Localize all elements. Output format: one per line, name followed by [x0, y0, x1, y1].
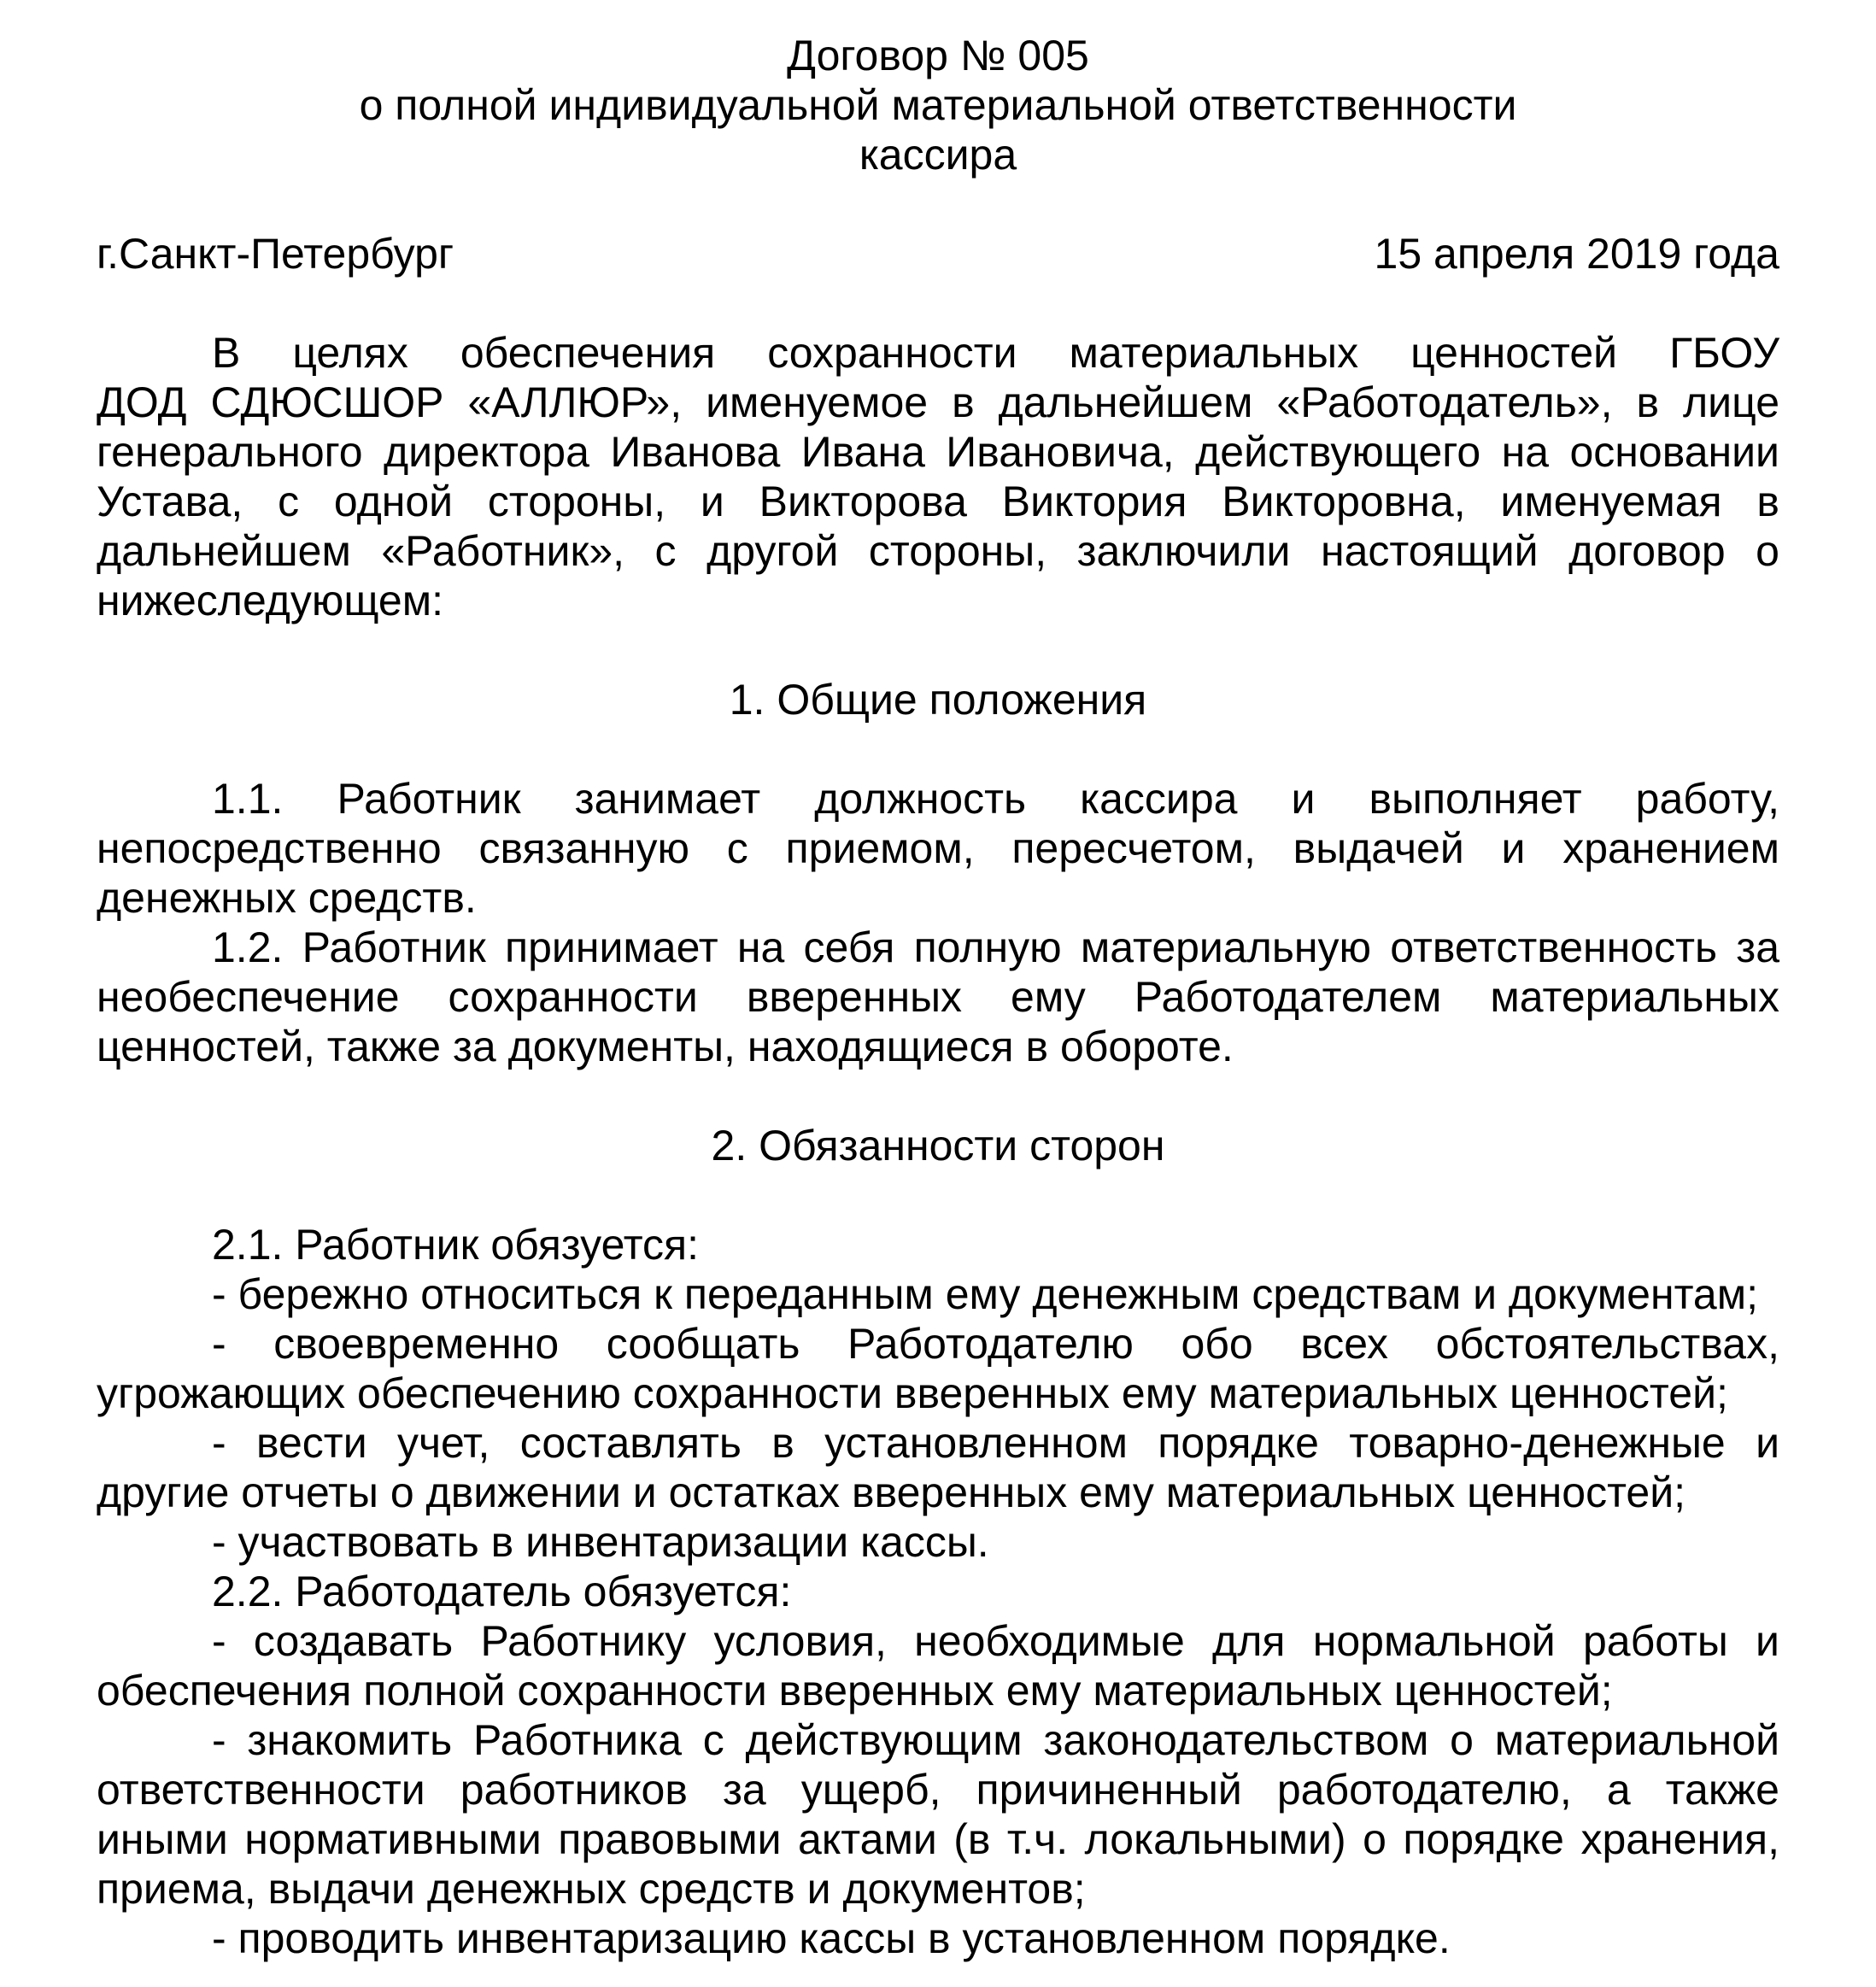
spacer [97, 179, 1779, 229]
preamble-line: Устава, с одной стороны, и Викторова Вик… [97, 477, 1779, 526]
clause-2-2-line: 2.2. Работодатель обязуется: [97, 1567, 1779, 1616]
clause-1-2-line: ценностей, также за документы, находящие… [97, 1022, 1779, 1071]
spacer [97, 1170, 1779, 1220]
clause-2-2-line: - создавать Работнику условия, необходим… [97, 1616, 1779, 1666]
preamble-line: В целях обеспечения сохранности материал… [97, 328, 1779, 378]
spacer [97, 724, 1779, 774]
clause-2-2-line: иными нормативными правовыми актами (в т… [97, 1814, 1779, 1864]
clause-2-2-line: ответственности работников за ущерб, при… [97, 1765, 1779, 1814]
clause-2-2-line: - проводить инвентаризацию кассы в устан… [97, 1914, 1779, 1963]
clause-2-1-line: - участвовать в инвентаризации кассы. [97, 1517, 1779, 1567]
preamble-line: генерального директора Иванова Ивана Ива… [97, 427, 1779, 477]
date-label: 15 апреля 2019 года [1375, 229, 1779, 278]
clause-1-1-line: 1.1. Работник занимает должность кассира… [97, 774, 1779, 824]
doc-title-line-2: о полной индивидуальной материальной отв… [97, 80, 1779, 130]
clause-2-2-line: приема, выдачи денежных средств и докуме… [97, 1864, 1779, 1914]
spacer [97, 625, 1779, 675]
clause-2-2-line: - знакомить Работника с действующим зако… [97, 1715, 1779, 1765]
section-1-heading: 1. Общие положения [97, 675, 1779, 724]
dateline: г.Санкт-Петербург 15 апреля 2019 года [97, 229, 1779, 278]
section-2-heading: 2. Обязанности сторон [97, 1121, 1779, 1170]
clause-2-1-line: - своевременно сообщать Работодателю обо… [97, 1319, 1779, 1369]
preamble-line: нижеследующем: [97, 576, 1779, 625]
clause-2-1-line: - вести учет, составлять в установленном… [97, 1418, 1779, 1468]
preamble-line: ДОД СДЮСШОР «АЛЛЮР», именуемое в дальней… [97, 378, 1779, 427]
clause-1-2-line: 1.2. Работник принимает на себя полную м… [97, 923, 1779, 972]
doc-title-line-3: кассира [97, 130, 1779, 179]
clause-1-2-line: необеспечение сохранности вверенных ему … [97, 972, 1779, 1022]
clause-2-1-line: 2.1. Работник обязуется: [97, 1220, 1779, 1269]
doc-title-line-1: Договор № 005 [97, 31, 1779, 80]
contract-document-page: Договор № 005 о полной индивидуальной ма… [0, 0, 1876, 1987]
clause-2-1-line: - бережно относиться к переданным ему де… [97, 1269, 1779, 1319]
clause-1-1-line: непосредственно связанную с приемом, пер… [97, 824, 1779, 873]
spacer [97, 278, 1779, 328]
clause-2-1-line: угрожающих обеспечению сохранности ввере… [97, 1369, 1779, 1418]
preamble-line: дальнейшем «Работник», с другой стороны,… [97, 526, 1779, 576]
clause-2-2-line: обеспечения полной сохранности вверенных… [97, 1666, 1779, 1715]
city-label: г.Санкт-Петербург [97, 229, 454, 278]
clause-1-1-line: денежных средств. [97, 873, 1779, 923]
spacer [97, 1071, 1779, 1121]
clause-2-1-line: другие отчеты о движении и остатках ввер… [97, 1468, 1779, 1517]
